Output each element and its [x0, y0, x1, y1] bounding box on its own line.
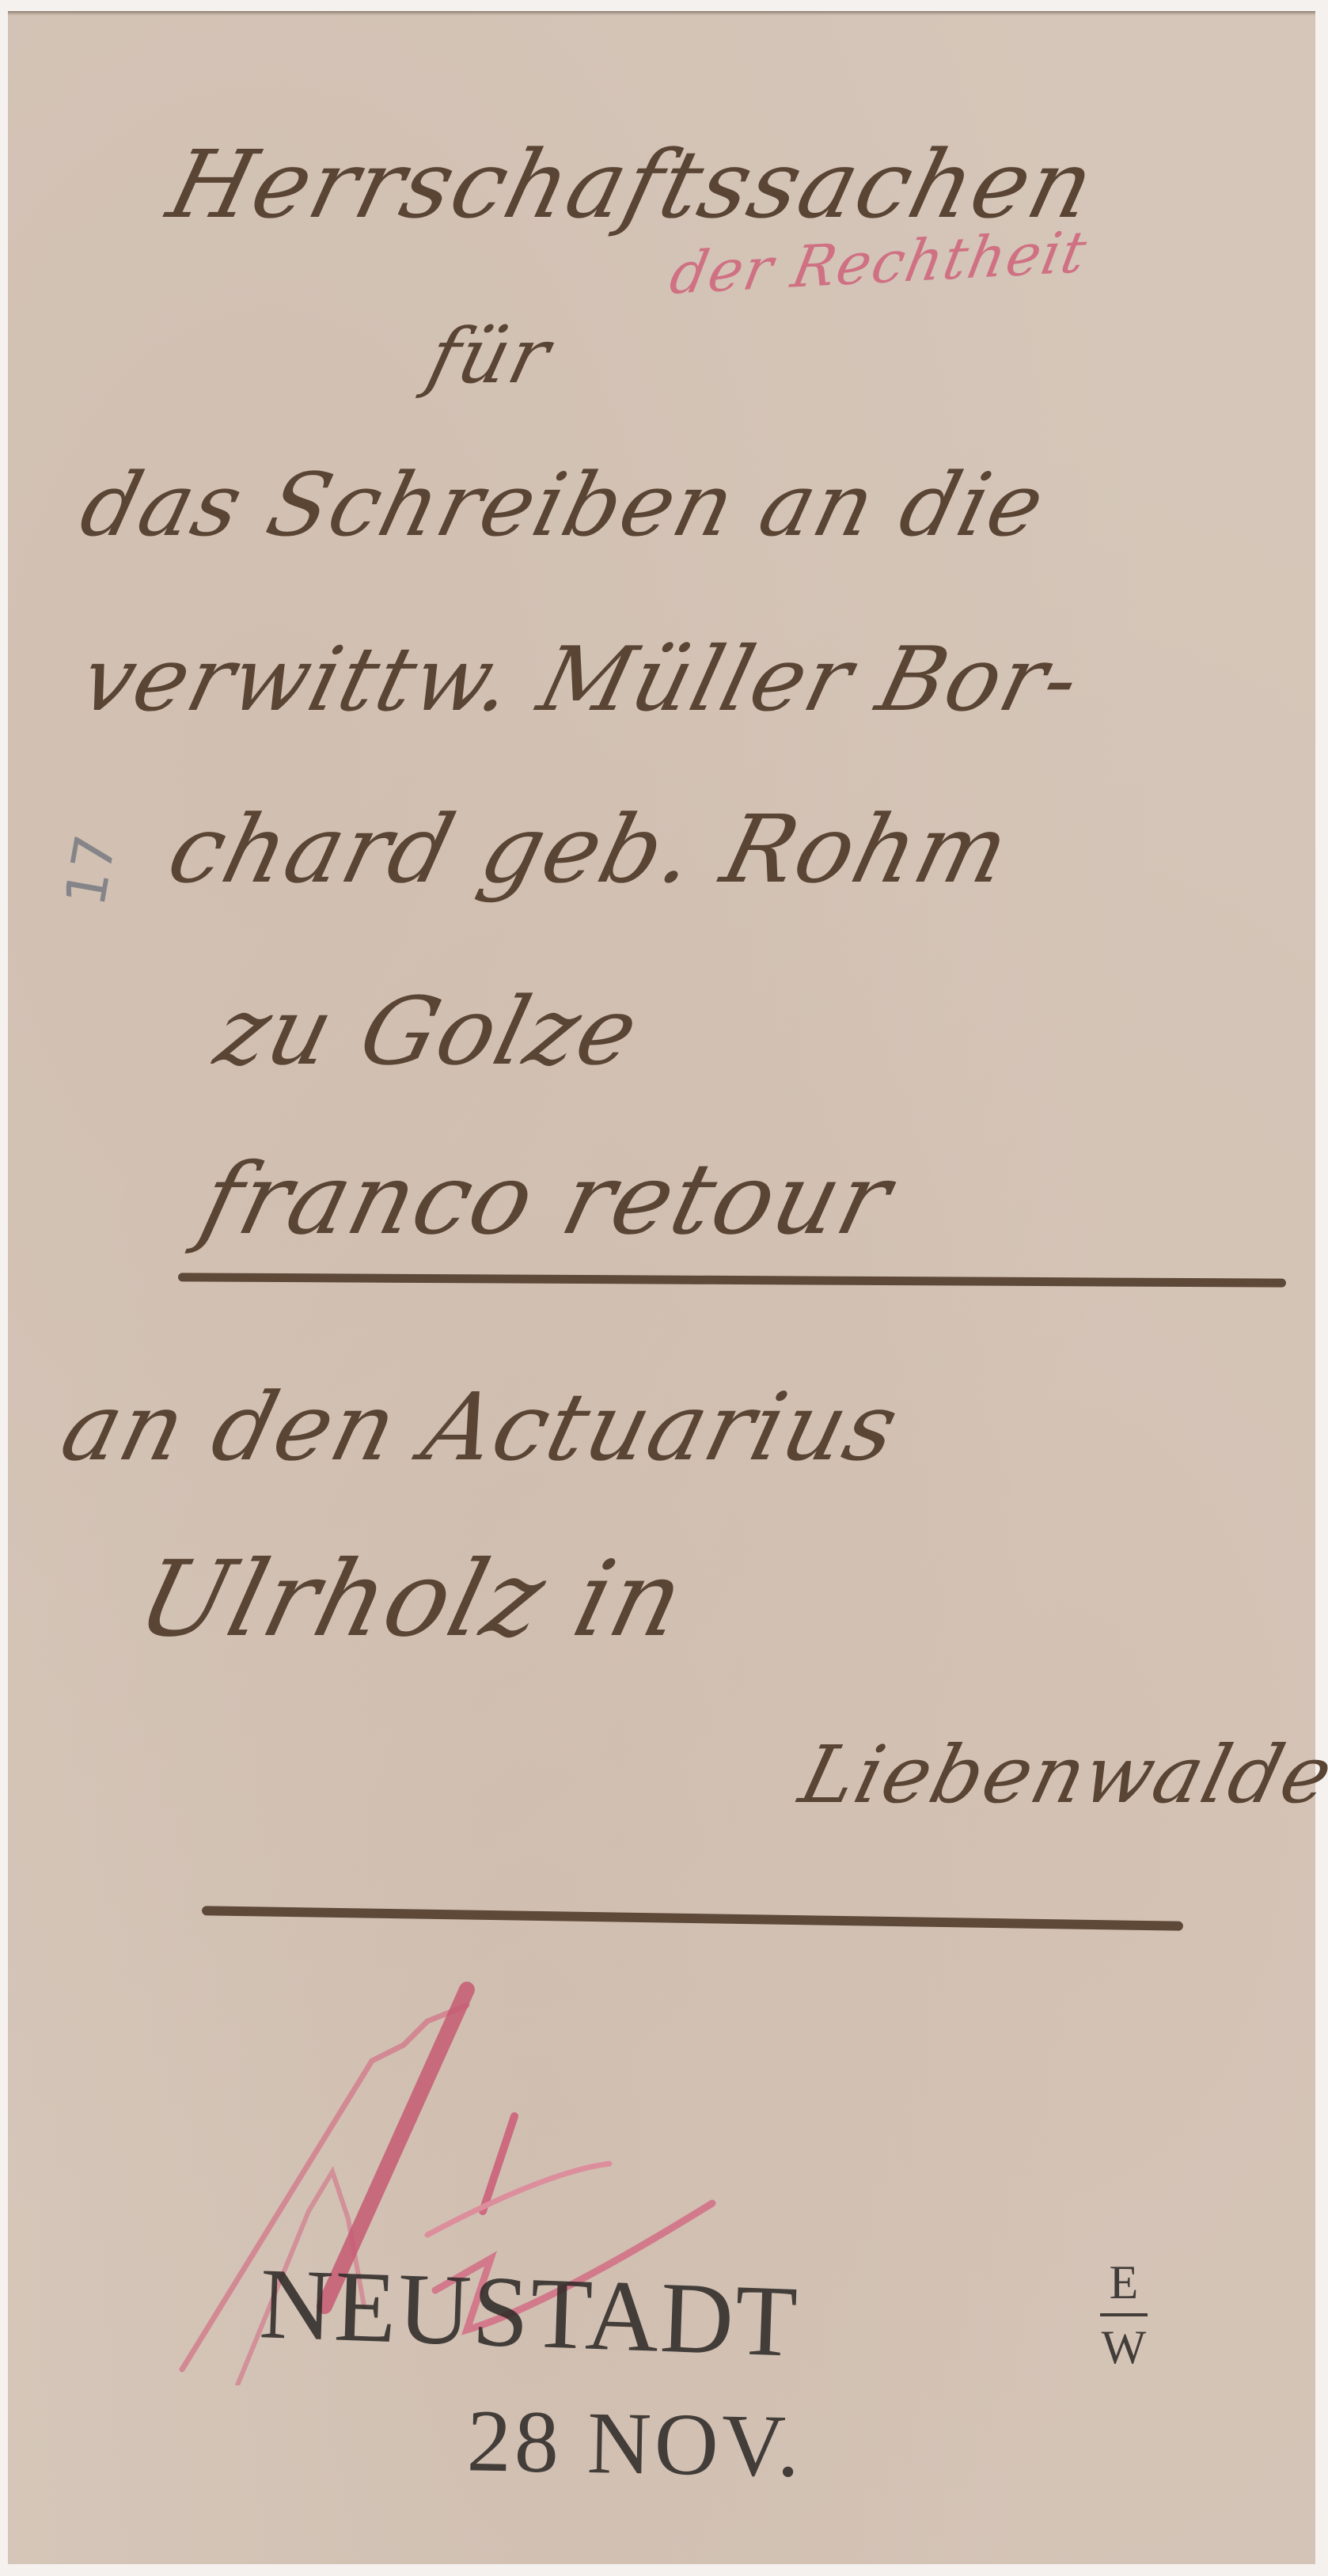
address-line-6: zu Golze — [206, 977, 650, 1086]
underline-divider — [178, 1273, 1286, 1287]
address-line-4: verwittw. Müller Bor- — [71, 628, 1091, 731]
fraction-bar — [1100, 2313, 1148, 2316]
address-line-3: das Schreiben an die — [71, 454, 1055, 556]
postmark-town: NEUSTADT — [258, 2245, 801, 2381]
franco-retour-note: franco retour — [190, 1143, 903, 1257]
postmark-date: 28 NOV. — [466, 2390, 803, 2498]
closing-stroke — [202, 1906, 1183, 1930]
address-line-2: für — [419, 312, 560, 400]
postmark-fraction: E W — [1100, 2255, 1148, 2375]
pencil-number-mark: 17 — [52, 830, 128, 911]
address-line-8: an den Actuarius — [51, 1372, 910, 1481]
destination-town: Liebenwalde — [791, 1728, 1328, 1821]
address-line-9: Ulrholz in — [127, 1538, 696, 1660]
postmark-fraction-bottom: W — [1102, 2320, 1147, 2375]
address-line-1: Herrschaftssachen — [158, 130, 1106, 239]
postmark-fraction-top: E — [1110, 2255, 1139, 2310]
address-line-5: chard geb. Rohm — [158, 795, 1021, 904]
letter-paper: Herrschaftssachen der Rechtheit für das … — [8, 11, 1315, 2564]
